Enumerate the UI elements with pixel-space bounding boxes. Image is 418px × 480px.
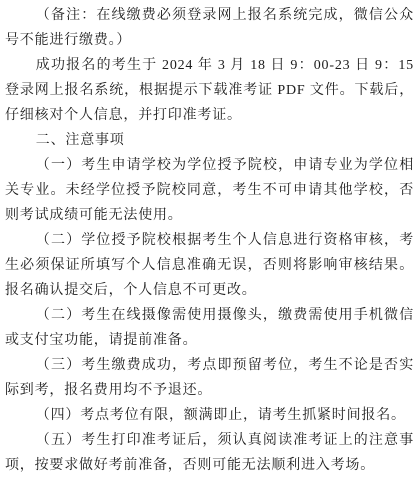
note-paragraph: （备注：在线缴费必须登录网上报名系统完成，微信公众号不能进行缴费。） [5,3,414,53]
list-item-paragraph: （四）考点考位有限，额满即止，请考生抓紧时间报名。 [5,403,414,428]
document-page: （备注：在线缴费必须登录网上报名系统完成，微信公众号不能进行缴费。） 成功报名的… [0,0,418,480]
section-heading: 二、注意事项 [5,128,414,153]
list-item-paragraph: （三）考生缴费成功，考点即预留考位，考生不论是否实际到考，报名费用均不予退还。 [5,353,414,403]
list-item-paragraph: （一）考生申请学校为学位授予院校，申请专业为学位相关专业。未经学位授予院校同意，… [5,153,414,228]
paragraph: 成功报名的考生于 2024 年 3 月 18 日 9：00-23 日 9：15 … [5,53,414,128]
list-item-paragraph: （二）考生在线摄像需使用摄像头，缴费需使用手机微信或支付宝功能，请提前准备。 [5,303,414,353]
list-item-paragraph: （五）考生打印准考证后，须认真阅读准考证上的注意事项，按要求做好考前准备，否则可… [5,428,414,478]
list-item-paragraph: （二）学位授予院校根据考生个人信息进行资格审核，考生必须保证所填写个人信息准确无… [5,228,414,303]
